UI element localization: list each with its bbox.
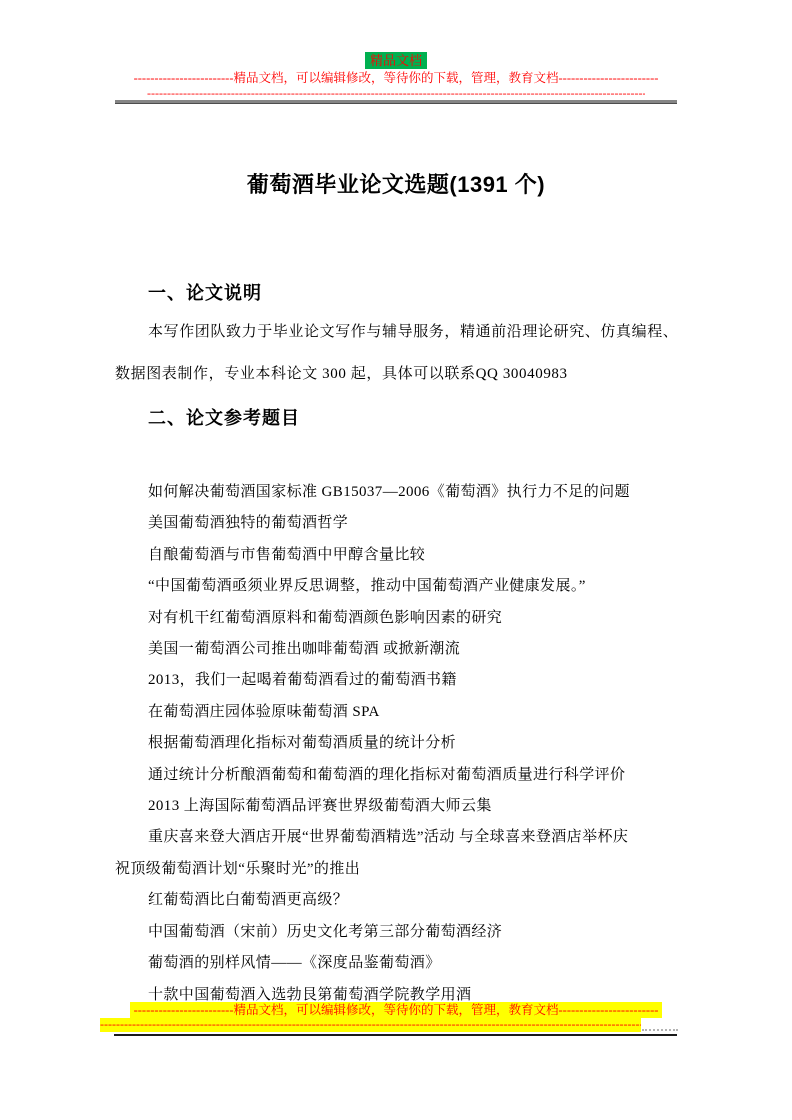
- topic-line: 自酿葡萄酒与市售葡萄酒中甲醇含量比较: [115, 540, 691, 571]
- header-tagline: ------------------------精品文档，可以编辑修改，等待你的…: [0, 71, 792, 86]
- doc-title: 葡萄酒毕业论文选题(1391 个): [0, 170, 792, 200]
- footer-divider-line: [114, 1034, 677, 1036]
- topic-line: 2013，我们一起喝着葡萄酒看过的葡萄酒书籍: [115, 665, 691, 696]
- topic-line: 如何解决葡萄酒国家标准 GB15037—2006《葡萄酒》执行力不足的问题: [115, 477, 691, 508]
- footer-tagline-row: ------------------------精品文档，可以编辑修改，等待你的…: [0, 1002, 792, 1018]
- section2-heading: 二、论文参考题目: [148, 407, 300, 429]
- topic-line: 在葡萄酒庄园体验原味葡萄酒 SPA: [115, 697, 691, 728]
- topic-line: “中国葡萄酒亟须业界反思调整，推动中国葡萄酒产业健康发展。”: [115, 571, 691, 602]
- header-dash-rule: ----------------------------------------…: [147, 87, 645, 100]
- topic-line: 红葡萄酒比白葡萄酒更高级？: [115, 885, 691, 916]
- section1-heading: 一、论文说明: [148, 282, 262, 304]
- topic-line: 通过统计分析酿酒葡萄和葡萄酒的理化指标对葡萄酒质量进行科学评价: [115, 760, 691, 791]
- topics-list: 如何解决葡萄酒国家标准 GB15037—2006《葡萄酒》执行力不足的问题美国葡…: [115, 477, 691, 1011]
- topic-line: 美国葡萄酒独特的葡萄酒哲学: [115, 508, 691, 539]
- topic-line: 重庆喜来登大酒店开展“世界葡萄酒精选”活动 与全球喜来登酒店举杯庆: [115, 822, 691, 853]
- footer-dash-rule: ----------------------------------------…: [100, 1018, 641, 1032]
- footer-tagline: ------------------------精品文档，可以编辑修改，等待你的…: [130, 1002, 663, 1018]
- topic-line: 根据葡萄酒理化指标对葡萄酒质量的统计分析: [115, 728, 691, 759]
- paragraph-line-1: 本写作团队致力于毕业论文写作与辅导服务，精通前沿理论研究、仿真编程、: [115, 322, 687, 342]
- footer-dotted-extension: [642, 1029, 678, 1031]
- topic-line: 2013 上海国际葡萄酒品评赛世界级葡萄酒大师云集: [115, 791, 691, 822]
- footer-dash-rule-text: ----------------------------------------…: [100, 1018, 641, 1031]
- header-badge: 精品文档: [365, 52, 427, 69]
- header-divider-line: [115, 100, 677, 104]
- topic-line: 祝顶级葡萄酒计划“乐聚时光”的推出: [115, 854, 691, 885]
- header-dash-rule-text: ----------------------------------------…: [147, 87, 645, 100]
- document-page: 精品文档 ------------------------精品文档，可以编辑修改…: [0, 0, 792, 1120]
- topic-line: 葡萄酒的别样风情——《深度品鉴葡萄酒》: [115, 948, 691, 979]
- header-badge-row: 精品文档: [0, 52, 792, 69]
- topic-line: 中国葡萄酒（宋前）历史文化考第三部分葡萄酒经济: [115, 917, 691, 948]
- paragraph-line-2: 数据图表制作，专业本科论文 300 起，具体可以联系QQ 30040983: [115, 364, 687, 384]
- topic-line: 美国一葡萄酒公司推出咖啡葡萄酒 或掀新潮流: [115, 634, 691, 665]
- topic-line: 对有机干红葡萄酒原料和葡萄酒颜色影响因素的研究: [115, 603, 691, 634]
